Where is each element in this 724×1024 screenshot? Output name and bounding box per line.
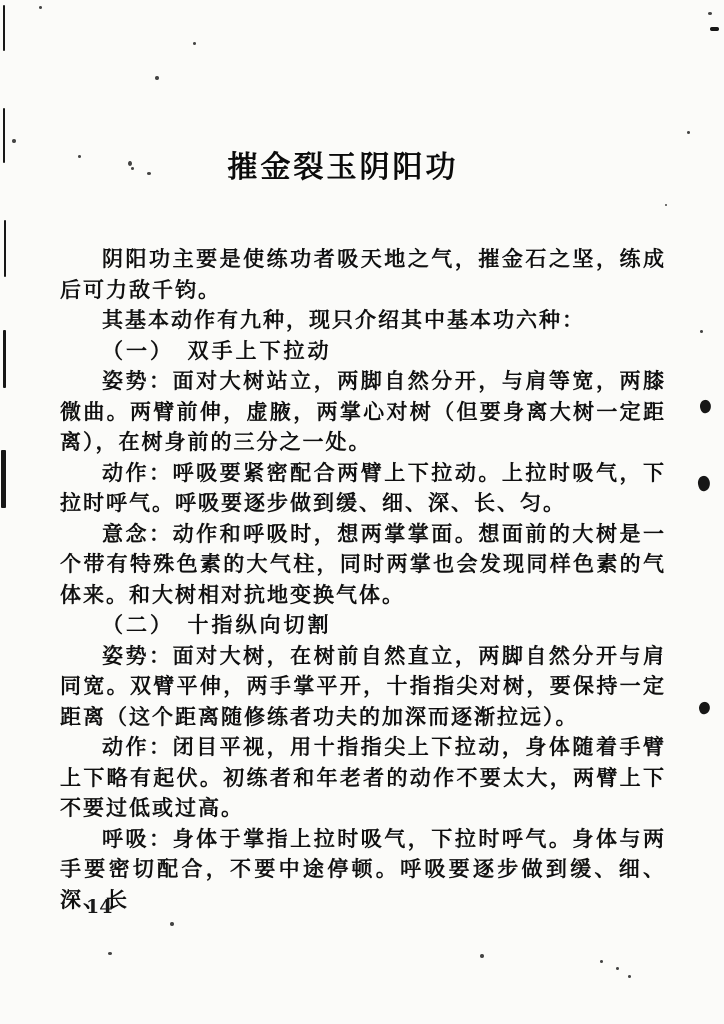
ink-mark: [108, 952, 112, 955]
ink-mark: [147, 172, 151, 175]
ink-mark: [155, 76, 159, 80]
ink-mark: [699, 399, 713, 414]
ink-mark: [600, 960, 603, 963]
body-text: 阴阳功主要是使练功者吸天地之气，摧金石之坚，练成后可力敌千钧。 其基本动作有九种…: [60, 244, 666, 915]
ink-mark: [193, 42, 196, 45]
ink-mark: [665, 204, 667, 206]
paragraph-posture-1: 姿势：面对大树站立，两脚自然分开，与肩等宽，两膝微曲。两臂前伸，虚腋，两掌心对树…: [60, 366, 666, 458]
ink-mark: [696, 475, 711, 493]
ink-mark: [170, 922, 174, 926]
ink-mark: [131, 167, 134, 170]
ink-mark: [710, 27, 719, 31]
ink-mark: [62, 901, 65, 904]
paragraph-posture-2: 姿势：面对大树，在树前自然直立，两脚自然分开与肩同宽。双臂平伸，两手掌平开，十指…: [60, 641, 666, 733]
ink-mark: [698, 701, 712, 715]
paragraph-overview: 其基本动作有九种，现只介绍其中基本功六种：: [60, 305, 666, 336]
section-heading-1: （一） 双手上下拉动: [60, 336, 666, 367]
ink-mark: [78, 155, 81, 158]
ink-mark: [12, 139, 16, 143]
ink-mark: [3, 108, 5, 163]
paragraph-movement-2: 动作：闭目平视，用十指指尖上下拉动，身体随着手臂上下略有起伏。初练者和年老者的动…: [60, 732, 666, 824]
ink-mark: [4, 220, 6, 277]
paragraph-intro: 阴阳功主要是使练功者吸天地之气，摧金石之坚，练成后可力敌千钧。: [60, 244, 666, 305]
ink-mark: [700, 330, 703, 333]
ink-mark: [3, 330, 6, 388]
document-page: 摧金裂玉阴阳功 阴阳功主要是使练功者吸天地之气，摧金石之坚，练成后可力敌千钧。 …: [0, 0, 724, 1024]
ink-mark: [39, 6, 42, 9]
ink-mark: [616, 967, 619, 970]
ink-mark: [1, 450, 6, 508]
paragraph-movement-1: 动作：呼吸要紧密配合两臂上下拉动。上拉时吸气，下拉时呼气。呼吸要逐步做到缓、细、…: [60, 458, 666, 519]
section-heading-2: （二） 十指纵向切割: [60, 610, 666, 641]
ink-mark: [687, 131, 690, 134]
page-number: 14: [86, 896, 112, 918]
ink-mark: [3, 5, 5, 51]
ink-mark: [128, 161, 132, 166]
ink-mark: [708, 12, 712, 15]
ink-mark: [480, 954, 484, 958]
paragraph-intent-1: 意念：动作和呼吸时，想两掌掌面。想面前的大树是一个带有特殊色素的大气柱，同时两掌…: [60, 519, 666, 611]
ink-mark: [628, 975, 631, 978]
paragraph-breathing-2: 呼吸：身体于掌指上拉时吸气，下拉时呼气。身体与两手要密切配合，不要中途停顿。呼吸…: [60, 824, 666, 916]
